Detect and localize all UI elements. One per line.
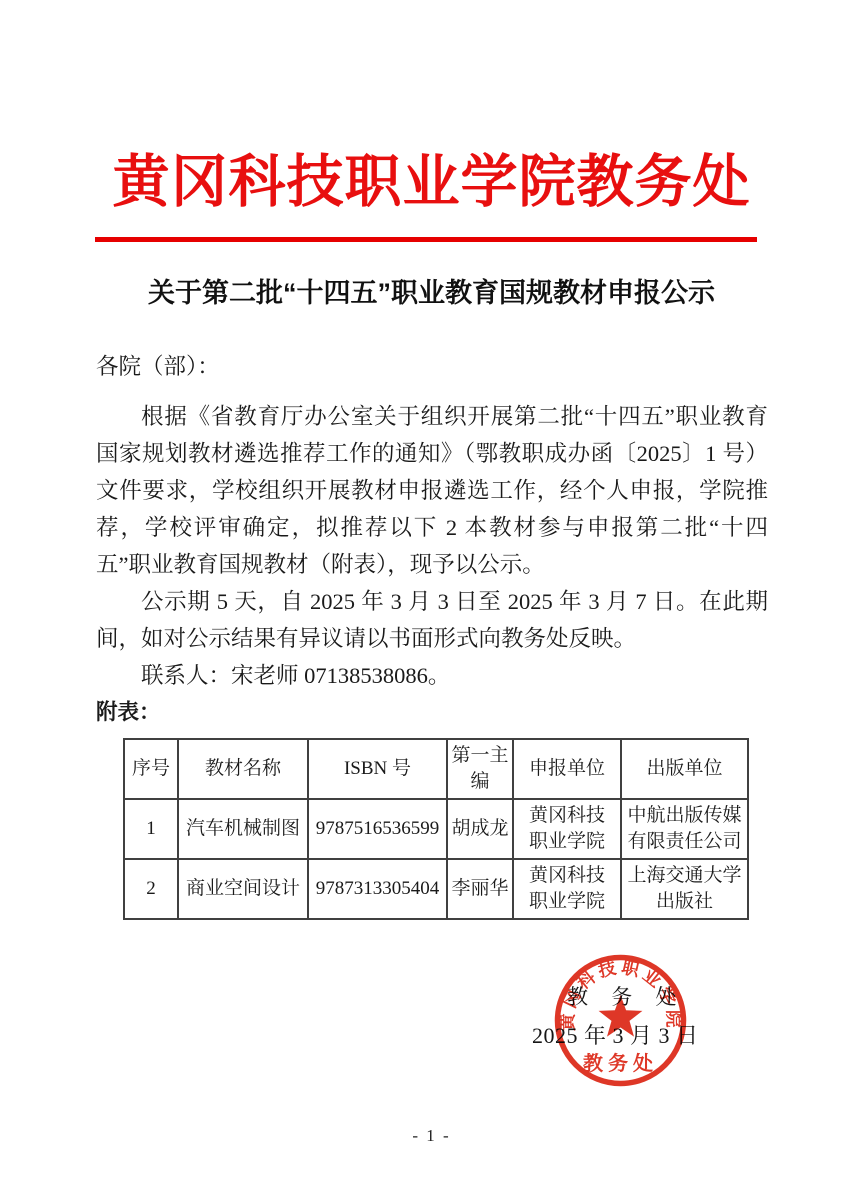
official-seal-graphic: 黄冈科技职业学院 教务处 [548,948,693,1093]
cell-unit: 黄冈科技职业学院 [513,859,621,919]
cell-unit-text: 黄冈科技职业学院 [514,863,620,915]
cell-name: 商业空间设计 [178,859,308,919]
header-pub: 出版单位 [621,739,748,799]
cell-editor: 胡成龙 [447,799,513,859]
document-title: 关于第二批“十四五”职业教育国规教材申报公示 [0,271,863,310]
letterhead-title: 黄冈科技职业学院教务处 [0,136,863,218]
cell-editor-text: 胡成龙 [451,818,508,839]
cell-isbn: 9787516536599 [308,799,447,859]
header-pub-text: 出版单位 [642,756,726,782]
document-page: 黄冈科技职业学院教务处 关于第二批“十四五”职业教育国规教材申报公示 各院（部）… [0,0,863,1202]
cell-editor-text: 李丽华 [451,878,508,899]
cell-seq: 1 [124,799,178,859]
header-unit-text: 申报单位 [518,756,616,782]
cell-name: 汽车机械制图 [178,799,308,859]
cell-pub: 上海交通大学出版社 [621,859,748,919]
official-seal: 黄冈科技职业学院 教务处 [548,948,693,1093]
seal-star-icon [599,995,643,1037]
document-body: 各院（部）： 根据《省教育厅办公室关于组织开展第二批“十四五”职业教育国家规划教… [96,348,768,920]
letterhead-rule [95,237,757,242]
table-header-row: 序号 教材名称 ISBN 号 第一主编 申报单位 出版单位 [124,739,748,799]
cell-unit: 黄冈科技职业学院 [513,799,621,859]
cell-editor: 李丽华 [447,859,513,919]
seal-bottom-text: 教务处 [583,1051,658,1075]
paragraph-2: 公示期 5 天，自 2025 年 3 月 3 日至 2025 年 3 月 7 日… [96,583,768,657]
table-row: 1 汽车机械制图 9787516536599 胡成龙 黄冈科技职业学院 中航出版… [124,799,748,859]
cell-pub-text: 上海交通大学出版社 [622,863,747,915]
cell-isbn: 9787313305404 [308,859,447,919]
header-editor-text: 第一主编 [448,743,512,795]
paragraph-1: 根据《省教育厅办公室关于组织开展第二批“十四五”职业教育国家规划教材遴选推荐工作… [96,398,768,583]
cell-pub: 中航出版传媒有限责任公司 [621,799,748,859]
salutation: 各院（部）： [96,348,768,385]
cell-pub-text: 中航出版传媒有限责任公司 [622,803,747,855]
paragraph-3-contact: 联系人：宋老师 07138538086。 [96,657,768,694]
cell-seq: 2 [124,859,178,919]
page-number: - 1 - [0,1126,863,1146]
attachment-label: 附表： [96,694,768,731]
header-isbn: ISBN 号 [308,739,447,799]
cell-unit-text: 黄冈科技职业学院 [514,803,620,855]
header-seq: 序号 [124,739,178,799]
materials-table: 序号 教材名称 ISBN 号 第一主编 申报单位 出版单位 1 汽车机械制图 9… [123,738,749,920]
header-unit: 申报单位 [513,739,621,799]
header-name: 教材名称 [178,739,308,799]
header-editor: 第一主编 [447,739,513,799]
table-row: 2 商业空间设计 9787313305404 李丽华 黄冈科技职业学院 上海交通… [124,859,748,919]
